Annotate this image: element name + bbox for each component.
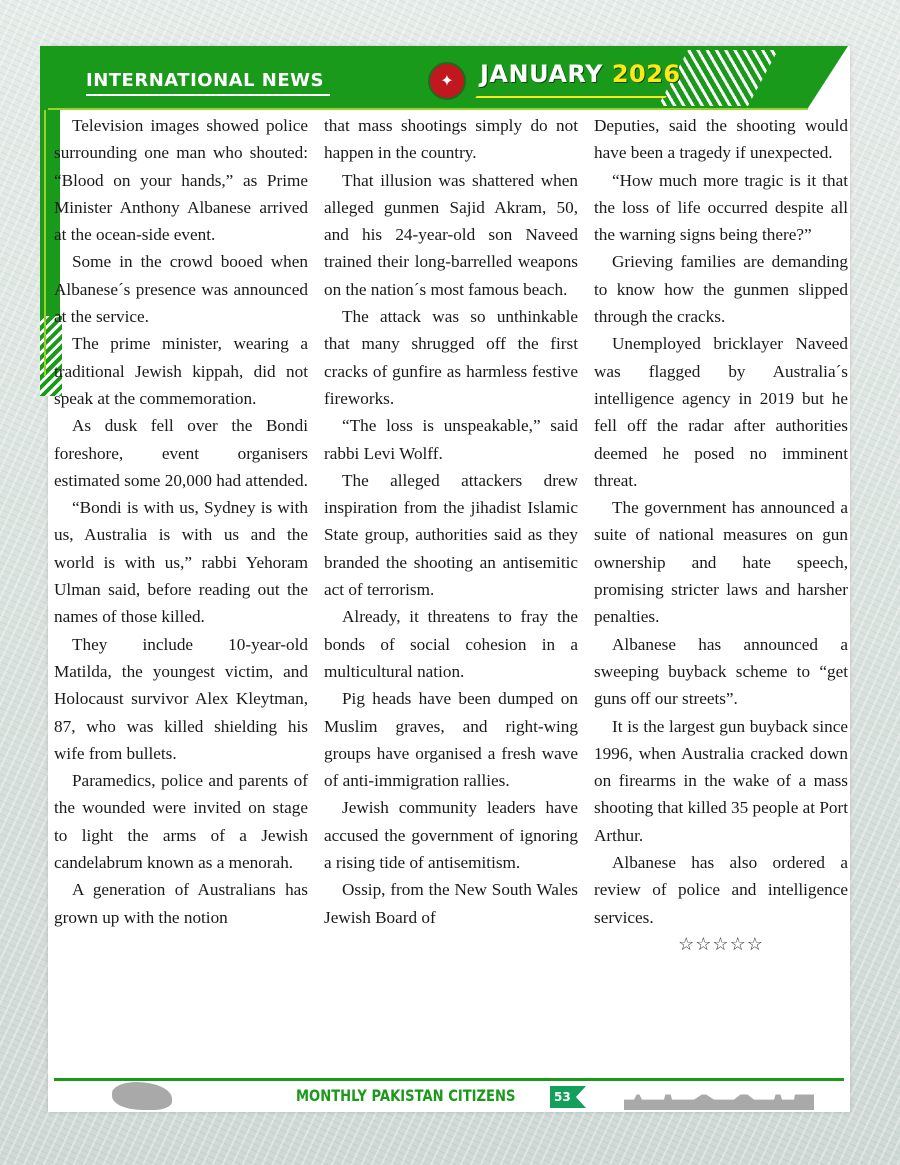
- paragraph: Paramedics, police and parents of the wo…: [54, 767, 308, 876]
- paragraph: It is the largest gun buyback since 1996…: [594, 713, 848, 849]
- paragraph: As dusk fell over the Bondi foreshore, e…: [54, 412, 308, 494]
- paragraph: The alleged attackers drew inspiration f…: [324, 467, 578, 603]
- end-of-article-stars-icon: ☆☆☆☆☆: [594, 931, 848, 957]
- paragraph: That illusion was shattered when alleged…: [324, 167, 578, 303]
- paragraph: Albanese has also ordered a review of po…: [594, 849, 848, 931]
- pakistan-skyline-icon: [624, 1084, 814, 1110]
- paragraph: The prime minister, wearing a traditiona…: [54, 330, 308, 412]
- issue-date: JANUARY 2026: [480, 60, 681, 88]
- magazine-page: INTERNATIONAL NEWS ✦ JANUARY 2026 Televi…: [48, 46, 850, 1112]
- article-column-1: Television images showed police surround…: [54, 112, 308, 1070]
- pakistan-map-icon: [112, 1082, 172, 1110]
- paragraph: Ossip, from the New South Wales Jewish B…: [324, 876, 578, 931]
- issue-year: 2026: [612, 60, 681, 88]
- paragraph: Albanese has announced a sweeping buybac…: [594, 631, 848, 713]
- page-number-badge: 53: [550, 1086, 586, 1108]
- paragraph: Unemployed bricklayer Naveed was flagged…: [594, 330, 848, 494]
- footer-rule: [54, 1078, 844, 1081]
- page-footer: MONTHLY PAKISTAN CITIZENS 53: [54, 1082, 844, 1112]
- article-column-2: that mass shootings simply do not happen…: [324, 112, 578, 1070]
- paragraph: “How much more tragic is it that the los…: [594, 167, 848, 249]
- header-underline: [48, 108, 808, 110]
- paragraph: The government has announced a suite of …: [594, 494, 848, 630]
- article-body: Television images showed police surround…: [54, 112, 846, 1070]
- paragraph: Already, it threatens to fray the bonds …: [324, 603, 578, 685]
- article-column-3: Deputies, said the shooting would have b…: [594, 112, 848, 1070]
- paragraph: Jewish community leaders have accused th…: [324, 794, 578, 876]
- paragraph: Some in the crowd booed when Albanese´s …: [54, 248, 308, 330]
- content-frame-edge: [44, 110, 52, 376]
- paragraph: “The loss is unspeakable,” said rabbi Le…: [324, 412, 578, 467]
- paragraph: A generation of Australians has grown up…: [54, 876, 308, 931]
- section-title: INTERNATIONAL NEWS: [86, 70, 330, 96]
- paragraph: Pig heads have been dumped on Muslim gra…: [324, 685, 578, 794]
- paragraph: Television images showed police surround…: [54, 112, 308, 248]
- paragraph: Deputies, said the shooting would have b…: [594, 112, 848, 167]
- date-underline: [475, 96, 667, 98]
- paragraph: Grieving families are demanding to know …: [594, 248, 848, 330]
- eagle-emblem-icon: ✦: [428, 62, 466, 100]
- publication-name: MONTHLY PAKISTAN CITIZENS: [296, 1086, 515, 1105]
- paragraph: They include 10-year-old Matilda, the yo…: [54, 631, 308, 767]
- paragraph: that mass shootings simply do not happen…: [324, 112, 578, 167]
- paragraph: The attack was so unthinkable that many …: [324, 303, 578, 412]
- paragraph: “Bondi is with us, Sydney is with us, Au…: [54, 494, 308, 630]
- issue-month: JANUARY: [480, 60, 603, 88]
